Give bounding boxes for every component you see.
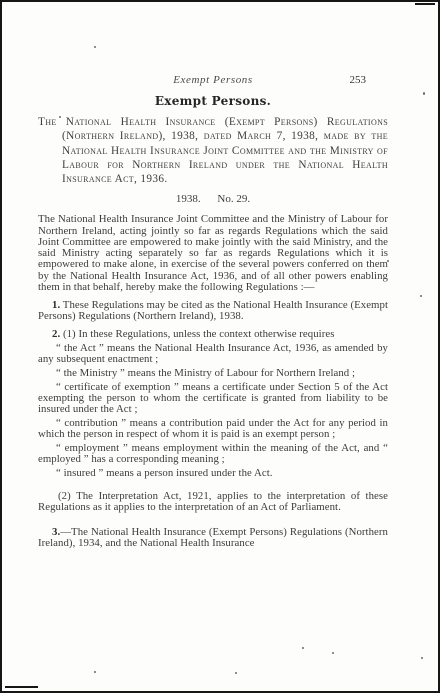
regulation-2-text: (1) In these Regulations, unless the con… bbox=[63, 328, 335, 340]
definition-the-ministry: “ the Ministry ” means the Ministry of L… bbox=[38, 368, 388, 379]
scan-speckle bbox=[387, 260, 389, 262]
regulation-1-text: These Regulations may be cited as the Na… bbox=[38, 299, 388, 322]
regulation-3-number: 3. bbox=[52, 526, 60, 538]
page-header: Exempt Persons 253 bbox=[38, 74, 388, 88]
instrument-number: No. 29. bbox=[217, 193, 250, 205]
interpretation-clause: (2) The Interpretation Act, 1921, applie… bbox=[38, 491, 388, 513]
scan-mark-top-right bbox=[415, 3, 435, 5]
definition-certificate-of-exemption: “ certificate of exemption ” means a cer… bbox=[38, 382, 388, 416]
scan-speckle bbox=[94, 671, 96, 673]
scan-speckle bbox=[59, 116, 61, 118]
scan-mark-bottom-left bbox=[5, 686, 38, 688]
definition-employment: “ employment ” means employment within t… bbox=[38, 443, 388, 465]
definition-the-act: “ the Act ” means the National Health In… bbox=[38, 343, 388, 365]
scan-speckle bbox=[94, 46, 96, 48]
running-header: Exempt Persons bbox=[38, 74, 388, 86]
citation-block: The National Health Insurance (Exempt Pe… bbox=[38, 115, 388, 186]
regulation-3-text: —The National Health Insurance (Exempt P… bbox=[38, 526, 388, 549]
regulation-1: 1. These Regulations may be cited as the… bbox=[38, 300, 388, 322]
document-title: Exempt Persons. bbox=[38, 94, 388, 108]
scan-speckle bbox=[235, 672, 237, 674]
instrument-year: 1938. bbox=[176, 193, 201, 205]
scan-speckle bbox=[420, 295, 422, 297]
regulation-3: 3.—The National Health Insurance (Exempt… bbox=[38, 527, 388, 549]
scan-speckle bbox=[302, 647, 304, 649]
regulation-2: 2. (1) In these Regulations, unless the … bbox=[38, 329, 388, 340]
regulation-1-number: 1. bbox=[52, 299, 60, 311]
definition-insured: “ insured ” means a person insured under… bbox=[38, 468, 388, 479]
definition-contribution: “ contribution ” means a contribution pa… bbox=[38, 418, 388, 440]
regulation-2-number: 2. bbox=[52, 328, 60, 340]
preamble-paragraph: The National Health Insurance Joint Comm… bbox=[38, 214, 388, 292]
scanned-document-page: Exempt Persons 253 Exempt Persons. The N… bbox=[0, 0, 440, 693]
page-number: 253 bbox=[350, 74, 367, 86]
scan-speckle bbox=[421, 657, 423, 659]
scan-speckle bbox=[423, 92, 425, 95]
instrument-number-line: 1938. No. 29. bbox=[38, 193, 388, 205]
scan-speckle bbox=[332, 652, 334, 654]
page-content: Exempt Persons 253 Exempt Persons. The N… bbox=[38, 74, 388, 550]
